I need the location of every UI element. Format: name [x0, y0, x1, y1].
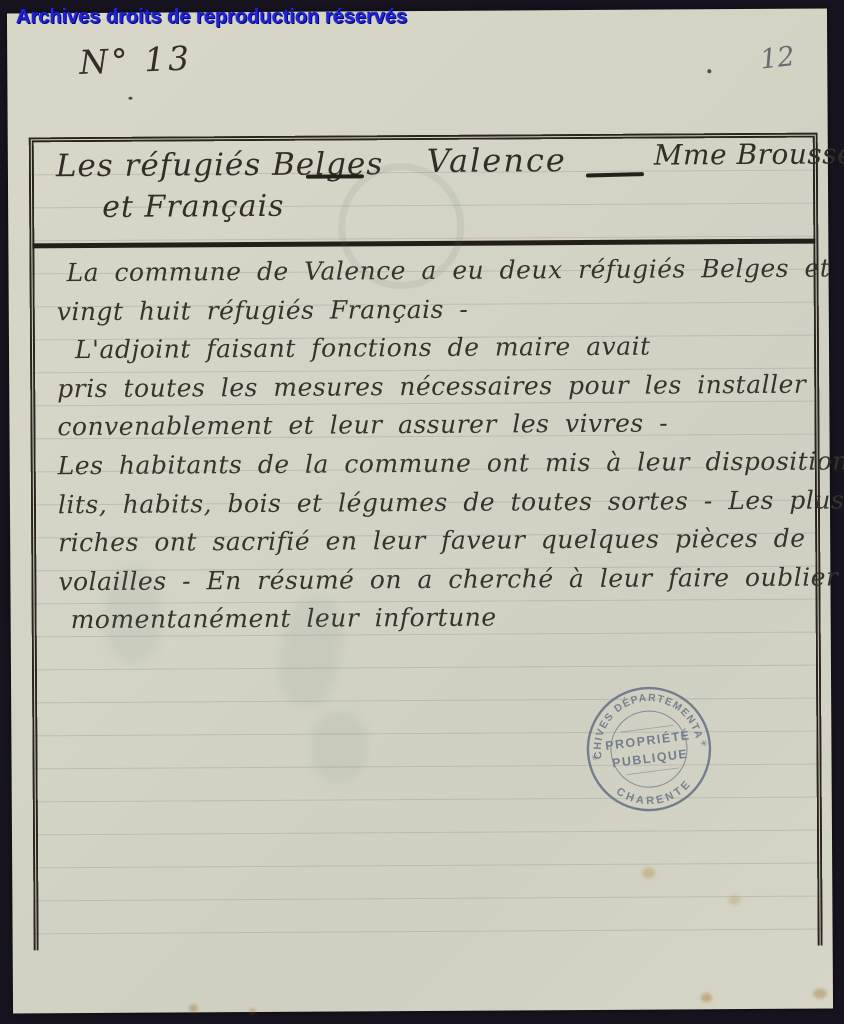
paper-stain — [701, 993, 712, 1002]
stamp-star-right-icon: ✳ — [700, 738, 709, 749]
stamp-center-rule-bottom — [627, 768, 680, 775]
paper-stain — [249, 1008, 256, 1014]
bleedthrough-mark — [105, 568, 161, 663]
paper-stain — [642, 868, 655, 879]
copyright-watermark: Archives droits de reproduction réservés — [16, 6, 407, 29]
body-line: pris toutes les mesures nécessaires pour… — [45, 365, 815, 408]
paper-stain — [728, 895, 740, 905]
body-line: L'adjoint faisant fonctions de maire ava… — [45, 327, 815, 370]
header-dash-rule — [586, 172, 644, 177]
body-line: vingt huit réfugiés Français - — [45, 288, 815, 331]
document-number: N° 13 — [78, 38, 192, 82]
bleedthrough-ring-mark — [338, 163, 465, 290]
document-page: N° 13 12 Les réfugiés Belges et Français… — [7, 9, 833, 1014]
ink-speck — [128, 97, 132, 100]
body-line: convenablement et leur assurer les vivre… — [45, 404, 815, 447]
paper-stain — [189, 1004, 198, 1012]
entry-place: Valence — [427, 141, 567, 180]
body-line: lits, habits, bois et légumes de toutes … — [46, 481, 816, 524]
ink-speck — [707, 69, 711, 73]
page-number: 12 — [759, 41, 797, 76]
archive-stamp: ARCHIVES DÉPARTEMENTALES CHARENTE ✳ ✳ PR… — [576, 676, 722, 822]
bleedthrough-mark — [311, 711, 366, 781]
paper-stain — [813, 989, 827, 999]
entry-author: Mme Brousse — [654, 137, 844, 171]
header-dash-rule — [306, 174, 364, 178]
entry-body: La commune de Valence a eu deux réfugiés… — [44, 250, 816, 641]
body-line: volailles - En résumé on a cherché à leu… — [46, 558, 816, 601]
body-line: Les habitants de la commune ont mis à le… — [46, 443, 816, 486]
body-line: momentanément leur infortune — [47, 597, 817, 640]
body-line: riches ont sacrifié en leur faveur quelq… — [46, 520, 816, 563]
entry-title-line2: et Français — [102, 189, 285, 225]
